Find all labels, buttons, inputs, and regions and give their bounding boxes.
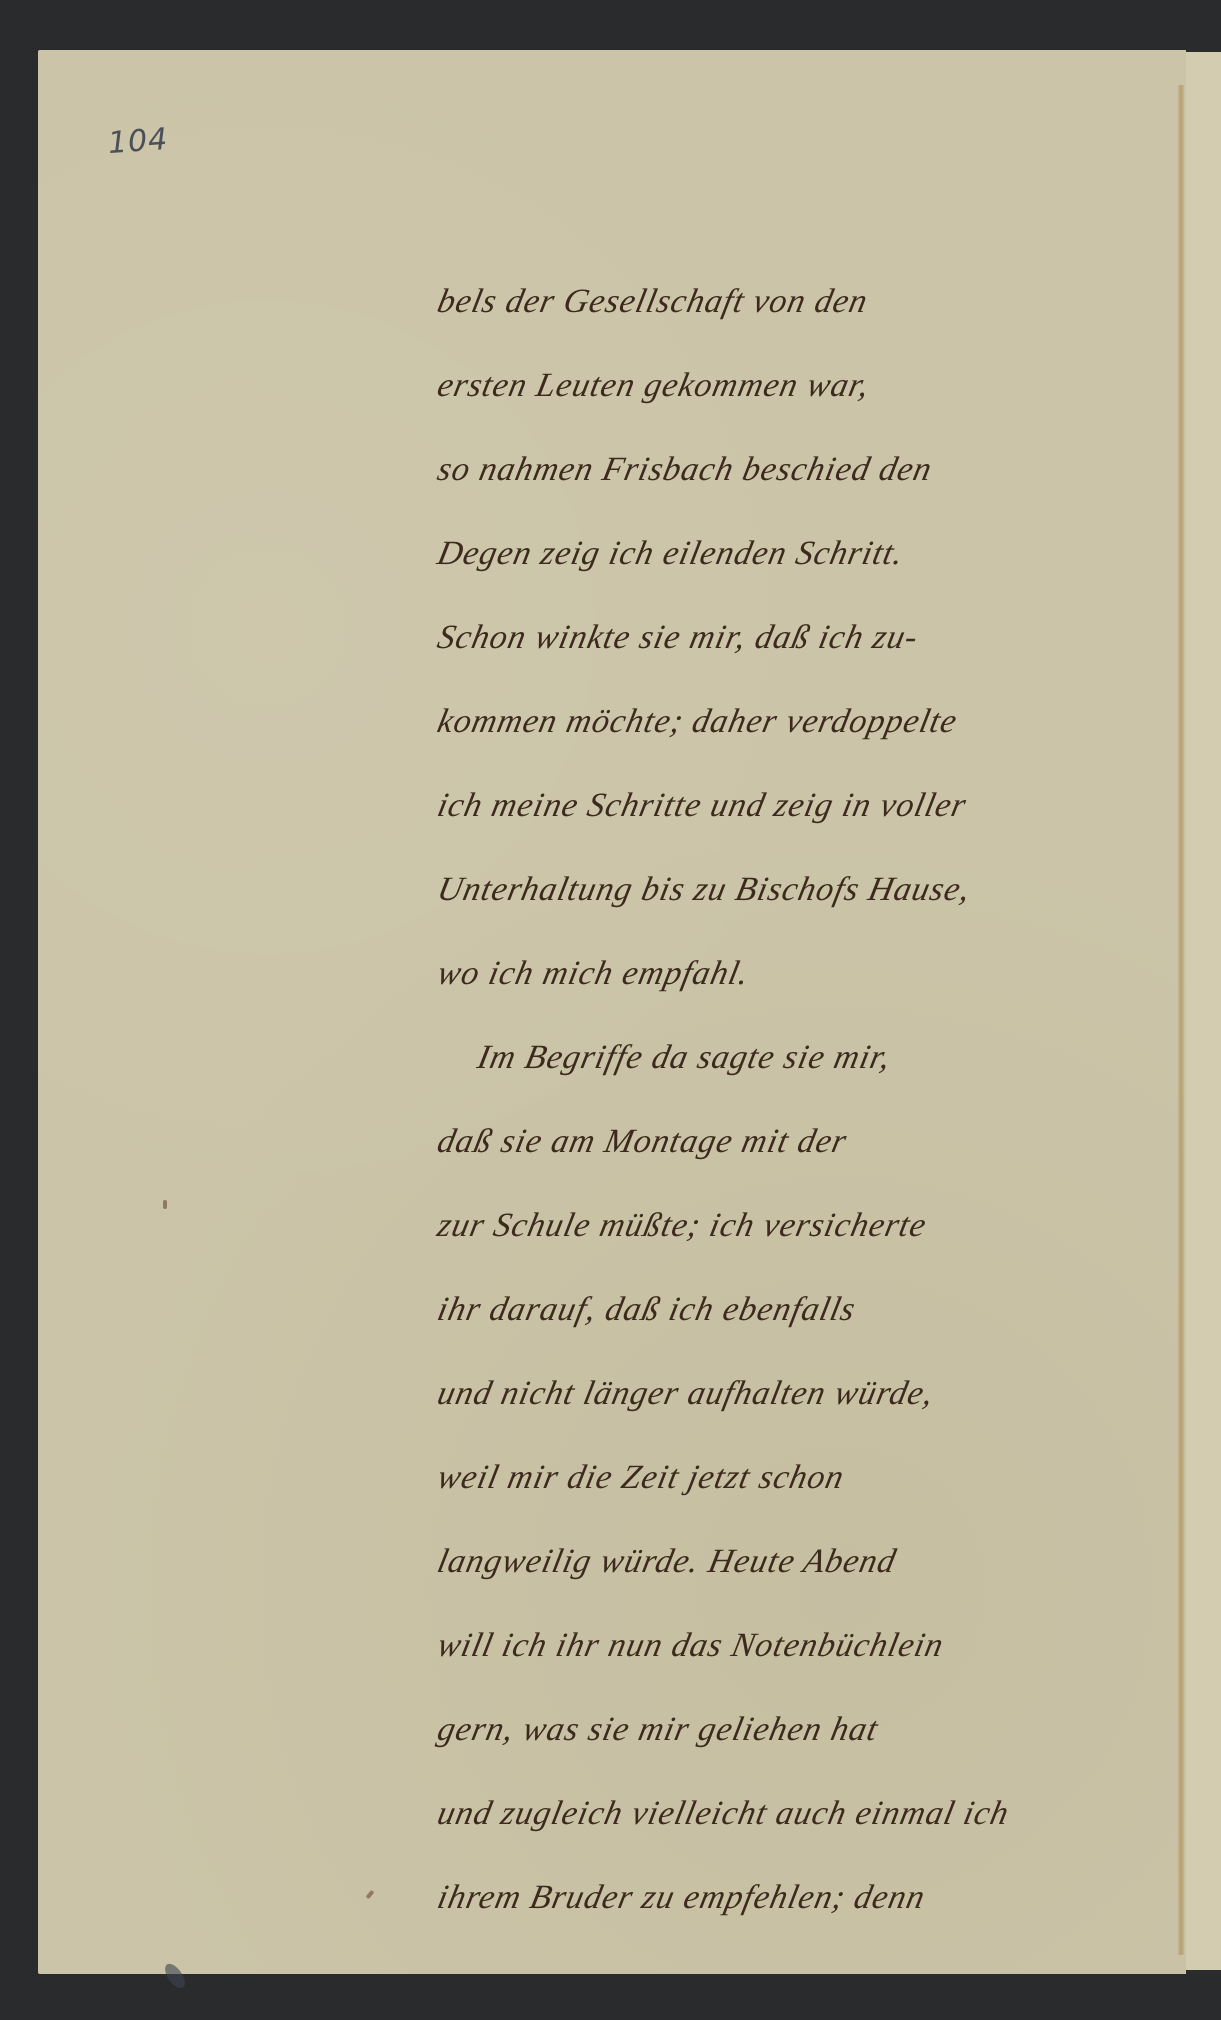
text-line: und nicht länger aufhalten würde, [429, 1352, 1147, 1436]
ink-smudge [161, 1961, 189, 1992]
binding-gutter [1178, 85, 1184, 1955]
text-line: kommen möchte; daher verdoppelte [429, 680, 1147, 764]
text-line: wo ich mich empfahl. [429, 932, 1147, 1016]
text-line: daß sie am Montage mit der [429, 1100, 1147, 1184]
text-line: Degen zeig ich eilenden Schritt. [429, 512, 1147, 596]
text-line: ihrem Bruder zu empfehlen; denn [429, 1856, 1147, 1940]
text-line: Unterhaltung bis zu Bischofs Hause, [429, 848, 1147, 932]
text-line: zur Schule müßte; ich versicherte [429, 1184, 1147, 1268]
folio-number: 104 [107, 122, 170, 161]
text-line: so nahmen Frisbach beschied den [429, 428, 1147, 512]
text-line: will ich ihr nun das Notenbüchlein [429, 1604, 1147, 1688]
handwritten-text-block: bels der Gesellschaft von den ersten Leu… [438, 260, 1138, 1940]
paper-fleck [163, 1200, 167, 1209]
text-line: ihr darauf, daß ich ebenfalls [429, 1268, 1147, 1352]
text-line: ich meine Schritte und zeig in voller [429, 764, 1147, 848]
text-line: ersten Leuten gekommen war, [429, 344, 1147, 428]
paper-fleck [366, 1890, 375, 1899]
text-line: Im Begriffe da sagte sie mir, [429, 1016, 1147, 1100]
text-line: und zugleich vielleicht auch einmal ich [429, 1772, 1147, 1856]
text-line: weil mir die Zeit jetzt schon [429, 1436, 1147, 1520]
text-line: bels der Gesellschaft von den [429, 260, 1147, 344]
text-line: langweilig würde. Heute Abend [429, 1520, 1147, 1604]
adjacent-page-edge [1186, 52, 1221, 1970]
manuscript-page: 104 bels der Gesellschaft von den ersten… [38, 50, 1186, 1974]
text-line: Schon winkte sie mir, daß ich zu- [429, 596, 1147, 680]
text-line: gern, was sie mir geliehen hat [429, 1688, 1147, 1772]
